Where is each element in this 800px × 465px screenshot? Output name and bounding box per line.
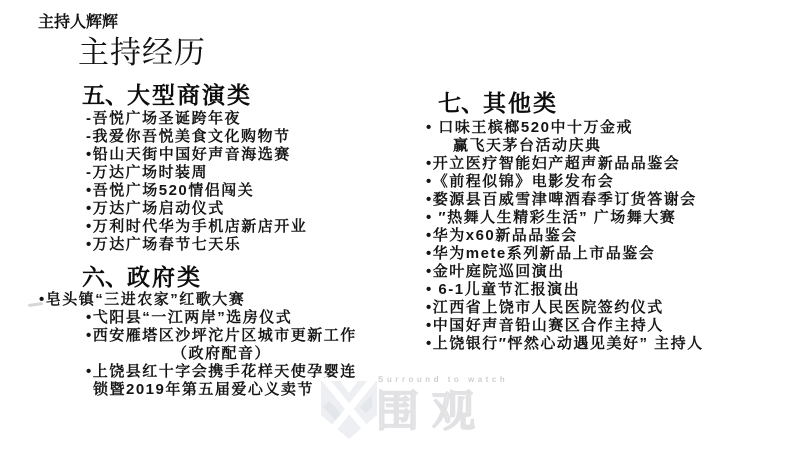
list-item: -吾悦广场圣诞跨年夜 (86, 110, 307, 128)
list-item: • 6-1儿童节汇报演出 (426, 281, 704, 299)
list-item: •皂头镇“三进农家”红歌大赛 (39, 291, 357, 309)
other-list: • 口味王槟榔520中十万金戒 赢飞天茅台活动庆典 •开立医疗智能妇产超声新品品… (426, 119, 704, 353)
page-title: 主持经历 (78, 33, 206, 73)
list-item: •《前程似锦》电影发布会 (426, 173, 704, 191)
section-label: 其他类 (483, 90, 558, 116)
section-heading-government: 六、政府类 (82, 262, 202, 292)
list-item: •万利时代华为手机店新店开业 (86, 218, 307, 236)
list-item-continuation: （政府配音） (172, 345, 357, 363)
section-number: 五、 (82, 80, 127, 110)
list-item: •上饶县红十字会携手花样天使孕婴连 (86, 363, 357, 381)
list-item: •上饶银行″怦然心动遇见美好” 主持人 (426, 335, 704, 353)
list-item: •金叶庭院巡回演出 (426, 263, 704, 281)
list-item: •吾悦广场520情侣闯关 (86, 182, 307, 200)
list-item-continuation: 赢飞天茅台活动庆典 (453, 137, 704, 155)
list-item: •西安雁塔区沙坪沱片区城市更新工作 (86, 327, 357, 345)
watermark-logo-text: 围观 (376, 388, 488, 436)
list-item: •铅山天街中国好声音海选赛 (86, 146, 307, 164)
list-item-continuation: 锁暨2019年第五届爱心义卖节 (93, 381, 357, 399)
commercial-list: -吾悦广场圣诞跨年夜 -我爱你吾悦美食文化购物节 •铅山天街中国好声音海选赛 -… (86, 110, 307, 254)
list-item: •中国好声音铅山赛区合作主持人 (426, 317, 704, 335)
list-item: • ″热舞人生精彩生活” 广场舞大赛 (426, 209, 704, 227)
list-item: •万达广场启动仪式 (86, 200, 307, 218)
list-item: •开立医疗智能妇产超声新品品鉴会 (426, 155, 704, 173)
section-number: 七、 (438, 88, 483, 118)
list-item: •弋阳县“一江两岸”选房仪式 (86, 309, 357, 327)
section-label: 大型商演类 (127, 82, 252, 108)
slide-canvas: 主持人辉辉 主持经历 五、大型商演类 -吾悦广场圣诞跨年夜 -我爱你吾悦美食文化… (0, 0, 800, 465)
section-heading-other: 七、其他类 (438, 88, 558, 118)
government-list: •皂头镇“三进农家”红歌大赛 •弋阳县“一江两岸”选房仪式 •西安雁塔区沙坪沱片… (39, 291, 357, 399)
host-byline: 主持人辉辉 (38, 12, 118, 34)
list-item: • 口味王槟榔520中十万金戒 (426, 119, 704, 137)
list-item: •婺源县百威雪津啤酒春季订货答谢会 (426, 191, 704, 209)
list-item: •江西省上饶市人民医院签约仪式 (426, 299, 704, 317)
list-item: -我爱你吾悦美食文化购物节 (86, 128, 307, 146)
list-item: -万达广场时装周 (86, 164, 307, 182)
watermark-shield-icon (320, 377, 378, 441)
list-item: •华为mete系列新品上市品鉴会 (426, 245, 704, 263)
section-label: 政府类 (127, 264, 202, 290)
section-number: 六、 (82, 262, 127, 292)
watermark-tagline: Surround to watch (378, 375, 508, 384)
list-item: •万达广场春节七天乐 (86, 236, 307, 254)
section-heading-commercial: 五、大型商演类 (82, 80, 252, 110)
list-item: •华为x60新品品鉴会 (426, 227, 704, 245)
